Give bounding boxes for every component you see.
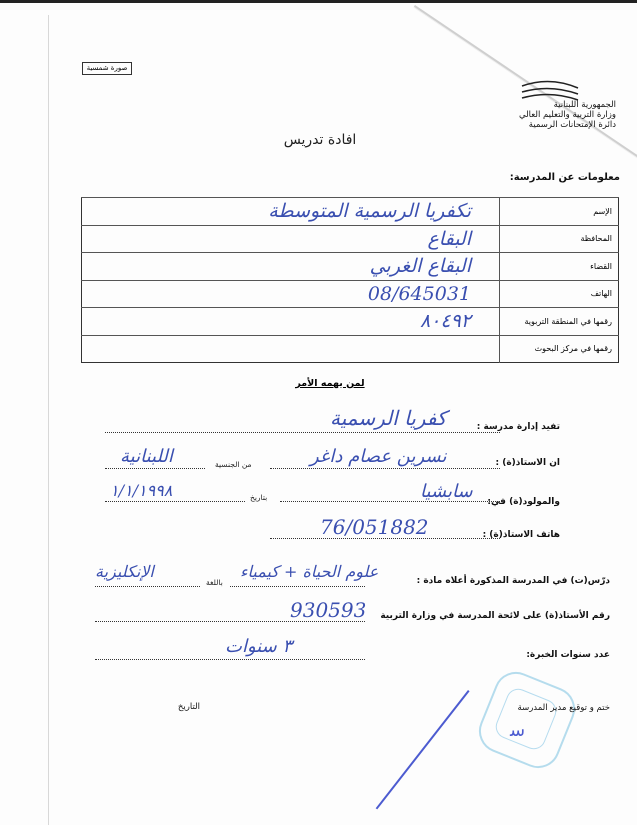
school-info-table: تكفريا الرسمية المتوسطة الإسم البقاع الم…	[81, 197, 619, 363]
table-row: البقاع المحافظة	[82, 225, 619, 253]
margin-line	[48, 15, 49, 825]
educational-zone-number-value: ٨٠٤٩٢	[82, 308, 500, 336]
dotted-line	[105, 468, 205, 469]
table-row: ٨٠٤٩٢ رقمها في المنطقة التربوية	[82, 308, 619, 336]
photo-placeholder-label: صورة شمسية	[82, 62, 132, 75]
school-info-heading: معلومات عن المدرسة:	[440, 172, 620, 183]
table-row: رقمها في مركز البحوث	[82, 335, 619, 363]
dotted-line	[95, 586, 200, 587]
experience-label: عدد سنوات الخبرة:	[460, 650, 610, 660]
phone-value: 08/645031	[82, 280, 500, 308]
school-name-value: تكفريا الرسمية المتوسطة	[82, 198, 500, 226]
school-name-label: الإسم	[500, 198, 619, 226]
birth-date-value: ١/١/١٩٩٨	[110, 481, 172, 500]
research-center-number-label: رقمها في مركز البحوث	[500, 335, 619, 363]
subject-value: علوم الحياة + كيمياء	[240, 562, 378, 581]
educational-zone-number-label: رقمها في المنطقة التربوية	[500, 308, 619, 336]
ministry-line-3: دائرة الإمتحانات الرسمية	[505, 120, 616, 130]
date-label: التاريخ	[150, 702, 200, 712]
governorate-label: المحافظة	[500, 225, 619, 253]
table-row: البقاع الغربي القضاء	[82, 253, 619, 281]
language-value: الإنكليزية	[95, 562, 154, 581]
nationality-label: من الجنسية	[215, 460, 252, 469]
ministry-header: الجمهورية اللبنانية وزارة التربية والتعل…	[505, 100, 616, 130]
stamp-signature-label: ختم و توقيع مدير المدرسة	[470, 703, 610, 713]
teacher-number-label: رقم الأستاذ(ة) على لائحة المدرسة في وزار…	[360, 611, 610, 621]
teacher-number-value: 930593	[290, 598, 366, 622]
taught-subject-label: درّس(ت) في المدرسة المذكورة أعلاه مادة :	[360, 576, 610, 586]
ministry-line-2: وزارة التربية والتعليم العالي	[505, 110, 616, 120]
phone-label: الهاتف	[500, 280, 619, 308]
research-center-number-value	[82, 335, 500, 363]
table-row: 08/645031 الهاتف	[82, 280, 619, 308]
to-whom-heading: لمن يهمه الأمر	[270, 378, 390, 389]
dotted-line	[95, 659, 365, 660]
birth-date-label: بتاريخ	[250, 493, 267, 502]
school-admin-value: كفريا الرسمية	[330, 406, 446, 430]
teacher-label: ان الاستاذ(ة) :	[440, 458, 560, 468]
ministry-line-1: الجمهورية اللبنانية	[505, 100, 616, 110]
language-label: باللغة	[206, 578, 223, 587]
teacher-phone-value: 76/051882	[320, 515, 429, 539]
governorate-value: البقاع	[82, 225, 500, 253]
dotted-line	[270, 468, 500, 469]
teacher-name-value: نسرين عصام داغر	[310, 446, 447, 467]
document-title: افادة تدريس	[270, 132, 370, 148]
dotted-line	[230, 586, 365, 587]
birth-place-value: سابشيا	[420, 481, 473, 502]
school-admin-label: تفيد إدارة مدرسة :	[440, 422, 560, 432]
dotted-line	[105, 432, 500, 433]
table-row: تكفريا الرسمية المتوسطة الإسم	[82, 198, 619, 226]
signature-icon: ﺳ	[510, 720, 525, 741]
dotted-line	[105, 501, 245, 502]
experience-value: ٣ سنوات	[225, 636, 292, 657]
district-value: البقاع الغربي	[82, 253, 500, 281]
district-label: القضاء	[500, 253, 619, 281]
nationality-value: اللبنانية	[120, 446, 173, 467]
